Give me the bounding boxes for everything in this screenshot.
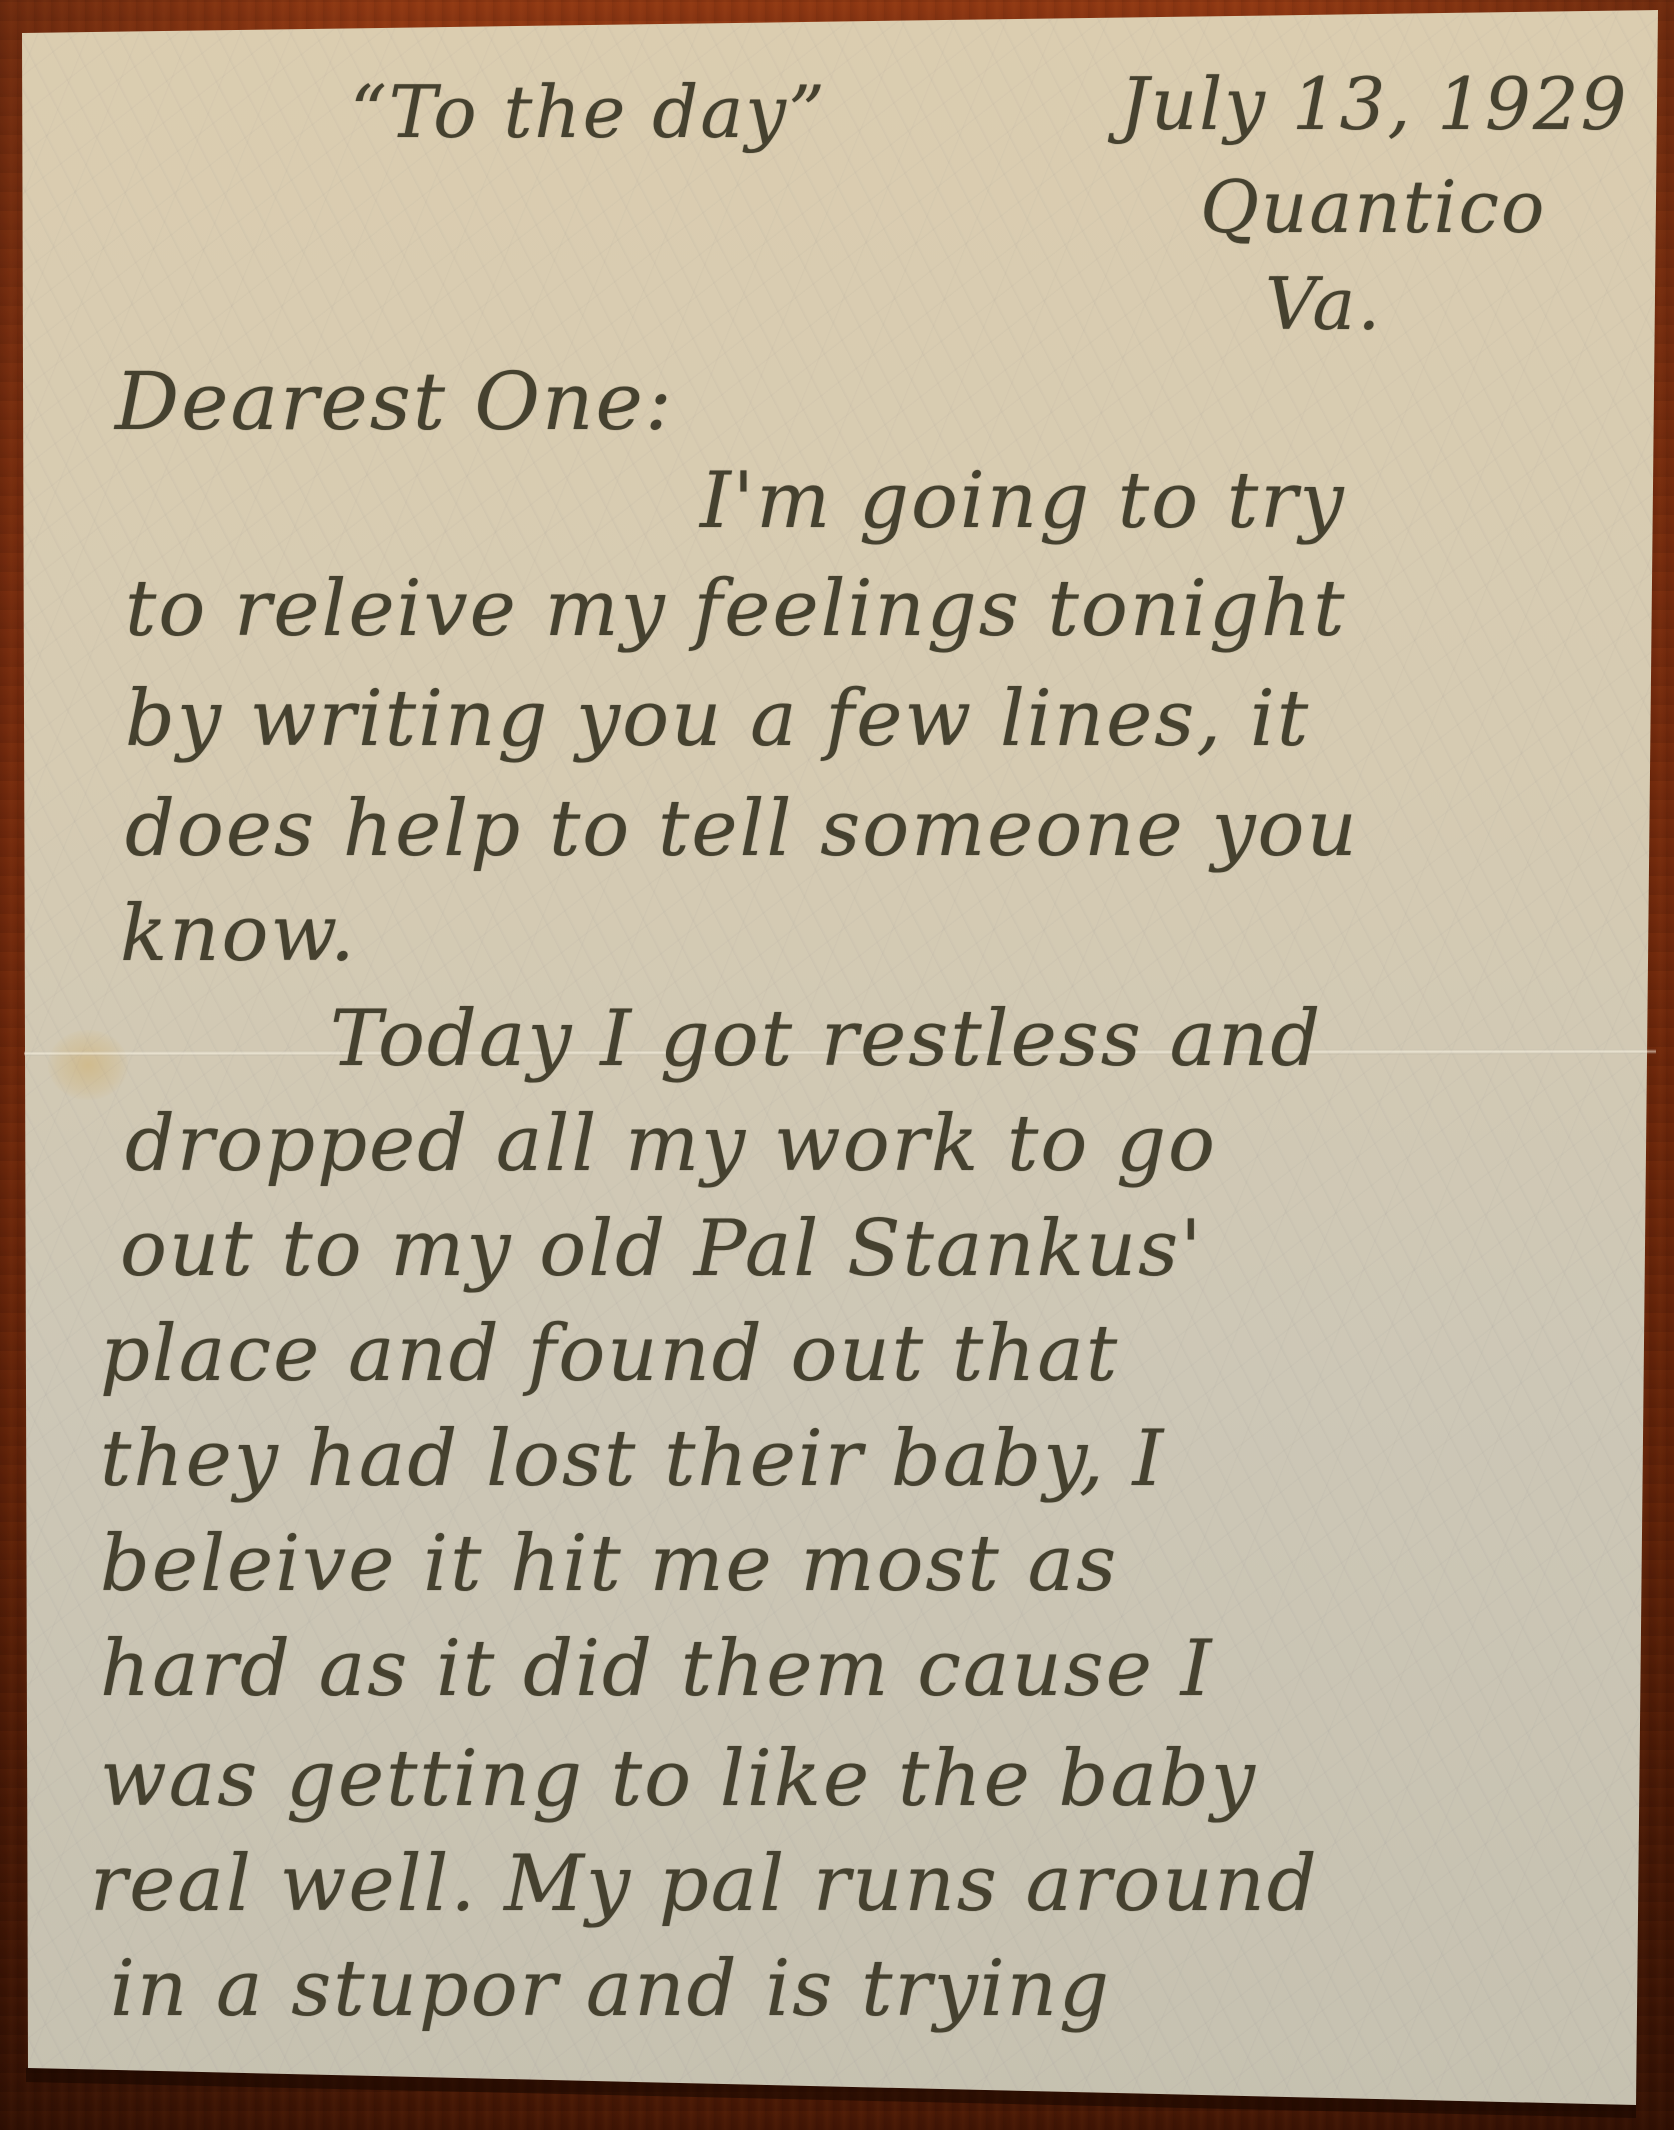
letter-date: July 13, 1929 xyxy=(1120,62,1628,146)
letter-line: hard as it did them cause I xyxy=(100,1630,1213,1708)
letter-line: know. xyxy=(120,895,357,973)
letter-line: Today I got restless and xyxy=(330,1000,1322,1078)
letter-line: they had lost their baby, I xyxy=(100,1420,1165,1498)
letter-line: to releive my feelings tonight xyxy=(125,570,1347,648)
letter-line: place and found out that xyxy=(100,1315,1119,1393)
letter-place-state: Va. xyxy=(1265,262,1382,346)
letter-line: in a stupor and is trying xyxy=(110,1950,1111,2028)
letter-salutation: Dearest One: xyxy=(115,355,674,448)
letter-line: does help to tell someone you xyxy=(125,790,1359,868)
letter-heading-quote: “To the day” xyxy=(350,70,827,154)
paper-stain xyxy=(48,1030,128,1100)
letter-line: real well. My pal runs around xyxy=(90,1845,1319,1923)
letter-line: by writing you a few lines, it xyxy=(125,680,1310,758)
letter-place-city: Quantico xyxy=(1200,165,1546,249)
letter-line: was getting to like the baby xyxy=(100,1740,1257,1818)
letter-line: beleive it hit me most as xyxy=(100,1525,1118,1603)
letter-line: dropped all my work to go xyxy=(125,1105,1217,1183)
letter-line: out to my old Pal Stankus' xyxy=(120,1210,1204,1288)
letter-line: I'm going to try xyxy=(700,462,1346,540)
